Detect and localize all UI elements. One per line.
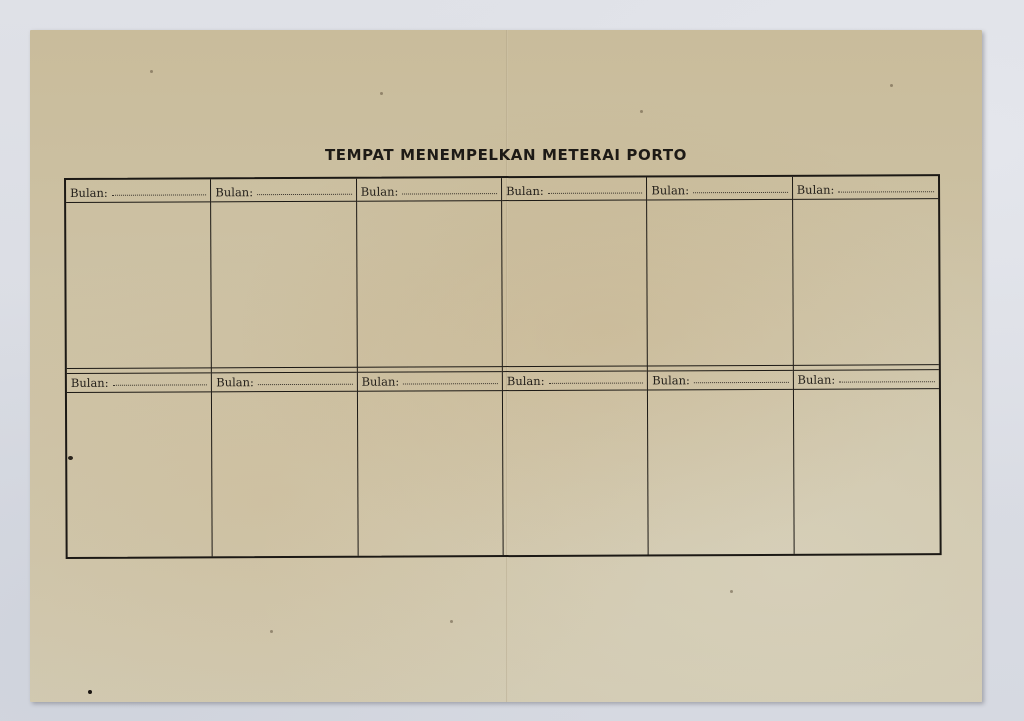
stamp-box bbox=[212, 391, 357, 556]
month-field: Bulan: bbox=[793, 179, 938, 200]
month-label: Bulan: bbox=[361, 184, 399, 198]
month-fill-line bbox=[693, 191, 788, 193]
stamp-box bbox=[357, 201, 502, 366]
stamp-cell: Bulan: bbox=[648, 365, 794, 554]
stamp-cell: Bulan: bbox=[357, 178, 503, 367]
stamp-box bbox=[503, 390, 648, 555]
stamp-cell: Bulan: bbox=[503, 366, 649, 555]
month-label: Bulan: bbox=[70, 185, 108, 199]
month-field: Bulan: bbox=[648, 369, 792, 390]
month-label: Bulan: bbox=[507, 373, 545, 387]
paper-sheet: TEMPAT MENEMPELKAN METERAI PORTO Bulan: … bbox=[30, 30, 982, 702]
stamp-cell: Bulan: bbox=[212, 367, 358, 556]
foxing-speck bbox=[640, 110, 643, 113]
stamp-box bbox=[793, 199, 939, 364]
month-label: Bulan: bbox=[71, 375, 109, 389]
foxing-speck bbox=[450, 620, 453, 623]
stamp-cell: Bulan: bbox=[211, 179, 357, 368]
month-label: Bulan: bbox=[797, 182, 835, 196]
stamp-cell: Bulan: bbox=[502, 177, 648, 366]
month-fill-line bbox=[694, 381, 789, 383]
stamp-box bbox=[794, 389, 940, 554]
month-field: Bulan: bbox=[358, 371, 502, 392]
foxing-speck bbox=[730, 590, 733, 593]
stamp-box bbox=[502, 200, 647, 365]
stamp-box bbox=[358, 391, 503, 556]
month-fill-line bbox=[403, 382, 498, 384]
month-field: Bulan: bbox=[212, 371, 356, 392]
foxing-speck bbox=[380, 92, 383, 95]
month-fill-line bbox=[113, 383, 208, 385]
stamp-cell: Bulan: bbox=[67, 368, 213, 557]
stamp-box bbox=[648, 389, 793, 554]
month-field: Bulan: bbox=[503, 370, 647, 391]
month-fill-line bbox=[549, 381, 644, 383]
foxing-speck bbox=[270, 630, 273, 633]
month-label: Bulan: bbox=[506, 183, 544, 197]
foxing-speck bbox=[890, 84, 893, 87]
month-label: Bulan: bbox=[215, 185, 253, 199]
month-fill-line bbox=[112, 193, 207, 195]
month-label: Bulan: bbox=[652, 373, 690, 387]
stamp-cell: Bulan: bbox=[647, 177, 793, 366]
month-label: Bulan: bbox=[216, 375, 254, 389]
foxing-speck bbox=[150, 70, 153, 73]
month-field: Bulan: bbox=[66, 182, 210, 203]
month-label: Bulan: bbox=[362, 374, 400, 388]
month-field: Bulan: bbox=[647, 180, 791, 201]
stamp-cell: Bulan: bbox=[793, 176, 939, 365]
stamp-grid: Bulan: Bulan: Bulan: Bulan: bbox=[64, 174, 942, 559]
month-fill-line bbox=[258, 383, 353, 385]
month-fill-line bbox=[839, 380, 935, 382]
month-field: Bulan: bbox=[211, 182, 355, 203]
month-fill-line bbox=[402, 192, 497, 194]
month-label: Bulan: bbox=[798, 372, 836, 386]
month-fill-line bbox=[257, 193, 352, 195]
month-label: Bulan: bbox=[651, 183, 689, 197]
stamp-cell: Bulan: bbox=[793, 365, 939, 554]
month-field: Bulan: bbox=[502, 180, 646, 201]
ink-speck bbox=[88, 690, 92, 694]
ink-speck bbox=[68, 456, 73, 460]
month-fill-line bbox=[548, 191, 643, 193]
document-title: TEMPAT MENEMPELKAN METERAI PORTO bbox=[30, 146, 982, 164]
month-field: Bulan: bbox=[67, 372, 211, 393]
stamp-box bbox=[211, 202, 356, 367]
stamp-box bbox=[66, 202, 211, 367]
month-fill-line bbox=[838, 190, 934, 192]
stamp-cell: Bulan: bbox=[357, 367, 503, 556]
stamp-cell: Bulan: bbox=[66, 179, 212, 368]
stamp-box bbox=[67, 392, 212, 557]
month-field: Bulan: bbox=[357, 181, 501, 202]
stamp-box bbox=[647, 200, 792, 365]
month-field: Bulan: bbox=[793, 369, 938, 390]
